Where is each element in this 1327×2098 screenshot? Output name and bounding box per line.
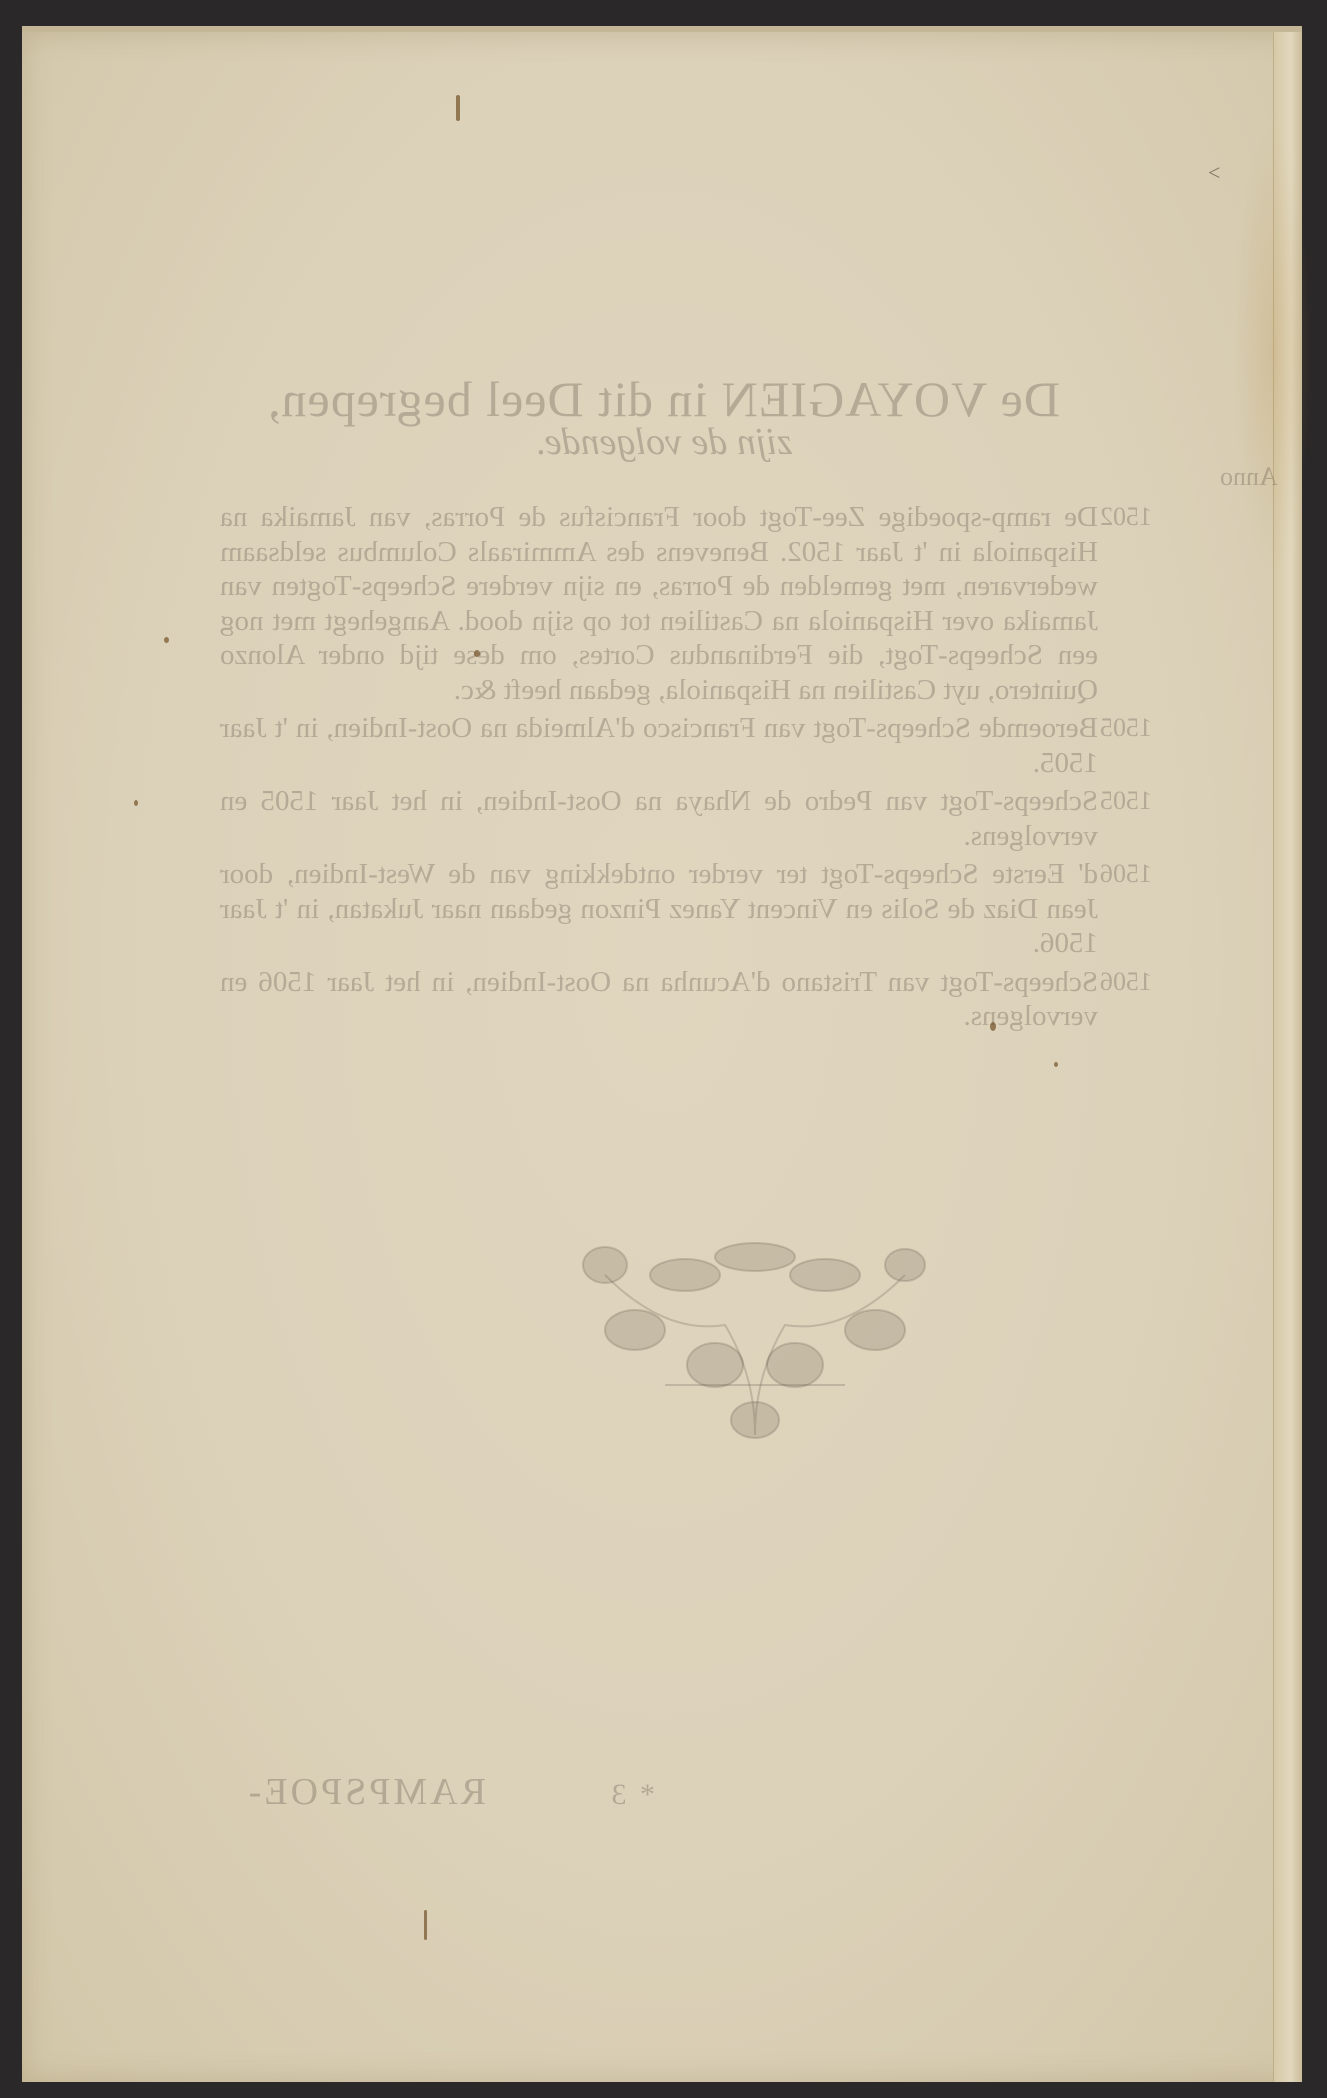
- list-item: 1506 Scheeps-Togt van Tristano d'Acunha …: [220, 965, 1150, 1034]
- paper-speck: [164, 637, 169, 643]
- entry-year: 1502: [1100, 500, 1152, 535]
- floral-ornament-icon: [575, 1235, 935, 1445]
- list-item: 1505 Scheeps-Togt van Pedro de Nhaya na …: [220, 784, 1150, 853]
- paper-speck: [424, 1910, 427, 1940]
- entry-year: 1505: [1100, 711, 1152, 746]
- list-item: 1502 De ramp-spoedige Zee-Togt door Fran…: [220, 500, 1150, 707]
- paper-speck: [990, 1022, 996, 1031]
- entry-year: 1505: [1100, 784, 1152, 819]
- anno-label: Anno: [1220, 462, 1278, 492]
- entry-text: Scheeps-Togt van Tristano d'Acunha na Oo…: [220, 965, 1098, 1034]
- book-page: [22, 26, 1302, 2082]
- paper-speck: [474, 650, 480, 657]
- entry-text: d' Eerste Scheeps-Togt ter verder ontdek…: [220, 857, 1098, 961]
- entry-year: 1506: [1100, 965, 1152, 1000]
- page-subheading: zijn de volgende.: [0, 420, 1327, 464]
- foxing-stain: [1232, 122, 1312, 582]
- margin-mark: <: [1208, 160, 1220, 186]
- catchword: RAMPSPOE-: [246, 1771, 486, 1813]
- paper-speck: [134, 800, 138, 806]
- page-footer: * 3 RAMPSPOE-: [225, 1770, 655, 1814]
- entry-text: Scheeps-Togt van Pedro de Nhaya na Oost-…: [220, 784, 1098, 853]
- entry-text: Beroemde Scheeps-Togt van Francisco d'Al…: [220, 711, 1098, 780]
- voyage-list: 1502 De ramp-spoedige Zee-Togt door Fran…: [220, 500, 1150, 1038]
- entry-year: 1506: [1100, 857, 1152, 892]
- list-item: 1505 Beroemde Scheeps-Togt van Francisco…: [220, 711, 1150, 780]
- entry-text: De ramp-spoedige Zee-Togt door Francisfu…: [220, 500, 1098, 707]
- paper-speck: [456, 95, 460, 121]
- signature-mark: * 3: [609, 1778, 656, 1811]
- list-item: 1506 d' Eerste Scheeps-Togt ter verder o…: [220, 857, 1150, 961]
- paper-speck: [1054, 1062, 1058, 1067]
